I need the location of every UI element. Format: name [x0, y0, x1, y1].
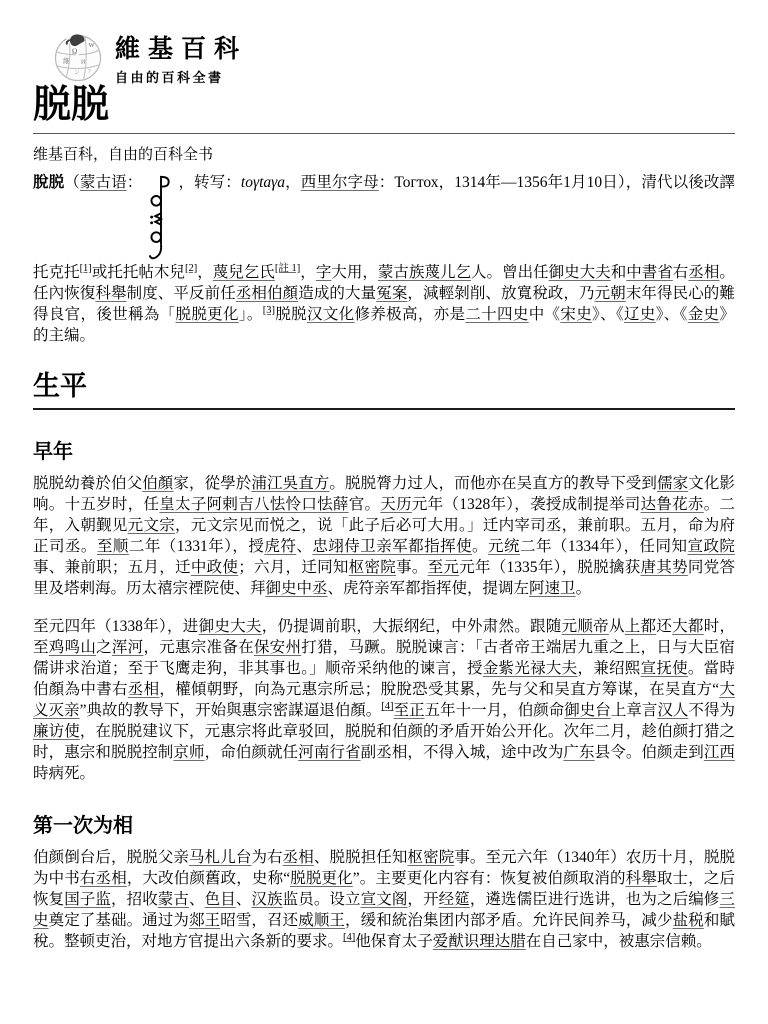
- wiki-link[interactable]: 宋史: [560, 306, 592, 323]
- reference-link[interactable]: [4]: [381, 701, 393, 712]
- wiki-link[interactable]: 御史大夫: [549, 264, 611, 281]
- reference-link[interactable]: [註 1]: [275, 263, 300, 274]
- paragraph-zaonian-p1: 脱脱幼養於伯父伯顏家，從學於浦江吳直方。脱脱膂力过人，而他亦在吴直方的教导下受到…: [33, 473, 735, 599]
- subsection-heading-diyici-weixiang: 第一次为相: [33, 814, 735, 838]
- reference-link[interactable]: [1]: [80, 263, 92, 274]
- body-text: 和: [611, 264, 627, 281]
- body-text: 脱脱幼養於伯父: [33, 475, 142, 492]
- body-text: 事。: [396, 559, 428, 576]
- wiki-link[interactable]: 儒家: [657, 475, 688, 492]
- reference-link[interactable]: [3]: [263, 305, 275, 316]
- body-text: ，: [285, 174, 301, 191]
- body-text: 、: [189, 891, 205, 908]
- reference-marker: [2]: [185, 263, 197, 274]
- wiki-link[interactable]: 上都: [625, 618, 657, 635]
- body-text: 为右: [251, 849, 282, 866]
- wiki-link[interactable]: 蒙古语: [80, 174, 127, 191]
- wiki-link[interactable]: 金史: [688, 306, 720, 323]
- reference-link[interactable]: [4]: [343, 932, 355, 943]
- body-text: ，转写：: [178, 174, 241, 191]
- wiki-link[interactable]: 辽史: [624, 306, 656, 323]
- reference-link[interactable]: [2]: [185, 263, 197, 274]
- wiki-link[interactable]: 吳直方: [283, 475, 330, 492]
- wiki-link[interactable]: 二十四史: [465, 306, 528, 323]
- wiki-link[interactable]: 伯顏: [142, 475, 173, 492]
- wiki-link[interactable]: 汉族: [251, 891, 282, 908]
- wiki-link[interactable]: 怯怜口: [270, 496, 317, 513]
- page: Ω W 維 И ン 7 維基百科 自由的百科全書 脱脱 维基百科，自由的百科全书…: [0, 0, 768, 1024]
- wiki-link[interactable]: 御史大夫: [199, 618, 262, 635]
- body-text: 家，從學於: [173, 475, 251, 492]
- wiki-link[interactable]: 国子监: [64, 891, 111, 908]
- body-text: 二年（1331年），授: [129, 538, 265, 555]
- body-text: 不得为: [688, 702, 735, 719]
- reference-marker: [1]: [80, 263, 92, 274]
- wiki-link[interactable]: 金紫光禄大夫: [483, 660, 578, 677]
- svg-text:7: 7: [88, 69, 91, 75]
- body-text: ，大改伯颜舊政，史称“: [127, 870, 290, 887]
- wiki-link[interactable]: 忠翊侍卫亲军都指挥使: [312, 538, 472, 555]
- wiki-link[interactable]: 元顺帝: [562, 618, 609, 635]
- wiki-link[interactable]: 鸡鸣山: [49, 639, 96, 656]
- body-text: 中《: [529, 306, 561, 323]
- body-text: 」。: [239, 306, 263, 323]
- body-text: 至元四年（1338年），进: [33, 618, 199, 635]
- wiki-link[interactable]: 至正: [394, 702, 425, 719]
- wiki-link[interactable]: 虎符: [264, 538, 296, 555]
- wiki-link[interactable]: 科舉: [95, 285, 126, 302]
- wiki-link[interactable]: 元统: [488, 538, 520, 555]
- body-text: 、虎符亲军都指挥使，提调左: [328, 580, 530, 597]
- body-text: 修养极高，亦是: [355, 306, 466, 323]
- wiki-link[interactable]: 威顺王: [298, 912, 345, 929]
- body-text: 事、兼前职；五月，迁: [33, 559, 191, 576]
- wiki-link[interactable]: 唐其势: [641, 559, 688, 576]
- body-text: 》、《: [656, 306, 688, 323]
- body-text: 副丞相，不得入城，途中改为: [361, 744, 564, 761]
- body-text: 脱脱: [275, 306, 307, 323]
- wiki-link[interactable]: 丞相: [688, 264, 719, 281]
- wiki-link[interactable]: 蒙古: [158, 891, 189, 908]
- body-text: 昭雪，召还: [220, 912, 298, 929]
- wiki-link[interactable]: 丞相: [128, 681, 160, 698]
- wiki-link[interactable]: 阿速卫: [529, 580, 576, 597]
- wiki-link[interactable]: 蒙古族: [378, 264, 425, 281]
- wiki-link[interactable]: 中書省: [626, 264, 673, 281]
- paragraph-zaonian-p2: 至元四年（1338年），进御史大夫，仍提调前职，大振纲纪，中外肃然。跟随元顺帝从…: [33, 616, 735, 784]
- body-text: 从: [609, 618, 625, 635]
- wiki-link[interactable]: 盐税: [673, 912, 704, 929]
- wiki-link[interactable]: 汉人: [657, 702, 688, 719]
- wiki-link[interactable]: 郯王: [189, 912, 220, 929]
- reference-marker: [4]: [343, 932, 355, 943]
- wiki-link[interactable]: 保安州: [254, 639, 301, 656]
- wiki-link[interactable]: 大都: [672, 618, 704, 635]
- wiki-link[interactable]: 怯薛: [317, 496, 349, 513]
- wiki-link[interactable]: 至元: [428, 559, 460, 576]
- wiki-link[interactable]: 京师: [173, 744, 204, 761]
- site-wordmark: 維基百科: [115, 37, 247, 62]
- wiki-link[interactable]: 河南行省: [298, 744, 360, 761]
- wiki-link[interactable]: 廉访使: [33, 723, 80, 740]
- wiki-link[interactable]: 浑河: [112, 639, 144, 656]
- paragraph-weixiang-p1: 伯颜倒台后，脱脱父亲马札儿台为右丞相、脱脱担任知枢密院事。至元六年（1340年）…: [33, 847, 735, 952]
- body-text: 奠定了基础。通过为: [49, 912, 189, 929]
- wiki-link[interactable]: 蔑儿乞: [424, 264, 471, 281]
- svg-text:И: И: [81, 60, 86, 66]
- body-text: 在自己家中，被惠宗信赖。: [526, 933, 712, 950]
- body-text: ，兼绍熙: [577, 660, 640, 677]
- transliteration-text: toγtaγa: [241, 174, 285, 191]
- body-text: ”典故的教导下，开始與惠宗密謀逼退伯顏。: [80, 702, 382, 719]
- wiki-link[interactable]: 经筵: [439, 891, 470, 908]
- wiki-link[interactable]: 色目: [205, 891, 236, 908]
- body-text: 》、《: [592, 306, 624, 323]
- svg-text:Ω: Ω: [72, 48, 77, 56]
- wiki-link[interactable]: 广东: [563, 744, 594, 761]
- wiki-link[interactable]: 江西: [704, 744, 735, 761]
- body-text: 监员。设立: [283, 891, 361, 908]
- body-text: ，減輕剝削、放寬稅政，乃: [407, 285, 594, 302]
- svg-text:W: W: [89, 42, 96, 49]
- body-text: 伯颜倒台后，脱脱父亲: [33, 849, 189, 866]
- wiki-link[interactable]: 马札儿台: [189, 849, 251, 866]
- body-text: 他保育太子: [355, 933, 433, 950]
- body-text: 、脱脱担任知: [314, 849, 408, 866]
- article-subject-bold: 脫脱: [33, 174, 64, 191]
- body-text: 上章言: [611, 702, 658, 719]
- body-text: ，元惠宗准备在: [143, 639, 253, 656]
- reference-marker: [註 1]: [275, 263, 300, 274]
- wiki-link[interactable]: 中政使: [191, 559, 238, 576]
- paragraph-intro: 脫脱（蒙古语： ，转写：toγtaγa，西里尔字母：Тогтох，1314年—1…: [33, 172, 735, 346]
- wiki-link[interactable]: 爱猷识理达腊: [433, 933, 526, 950]
- wiki-link[interactable]: 元文宗: [128, 517, 175, 534]
- body-text: ，: [197, 264, 213, 281]
- wiki-link[interactable]: 西里尔字母: [301, 174, 379, 191]
- wiki-link[interactable]: 宣政院: [687, 538, 734, 555]
- site-tagline: 自由的百科全書: [115, 67, 247, 86]
- mongolian-script-icon: [149, 174, 173, 262]
- body-text: 人。曾出任: [471, 264, 549, 281]
- wiki-link[interactable]: 元朝: [595, 285, 626, 302]
- wiki-link[interactable]: 宣抚使: [641, 660, 688, 677]
- body-text: 、: [236, 891, 252, 908]
- body-text: 大用，: [331, 264, 378, 281]
- wiki-link[interactable]: 字: [316, 264, 332, 281]
- wiki-link[interactable]: 丞相: [236, 285, 267, 302]
- body-text: 官。: [349, 496, 381, 513]
- body-text: 、: [296, 538, 312, 555]
- body-text: 或托托帖木兒: [92, 264, 185, 281]
- wiki-link[interactable]: 皇太子: [159, 496, 206, 513]
- section-heading-shengping: 生平: [33, 371, 735, 410]
- body-text: 元年（1328年），袭授成制提举司: [412, 496, 641, 513]
- wiki-link[interactable]: 御史台: [564, 702, 611, 719]
- body-text: ，仍提调前职，大振纲纪，中外肃然。跟随: [262, 618, 562, 635]
- body-text: ，招收: [111, 891, 158, 908]
- site-brand-text: 維基百科 自由的百科全書: [115, 30, 247, 86]
- wiki-link[interactable]: 伯顏: [267, 285, 298, 302]
- body-text: （: [64, 174, 80, 191]
- wiki-link[interactable]: 蔑兒乞氏: [213, 264, 275, 281]
- article-body: 脫脱（蒙古语： ，转写：toγtaγa，西里尔字母：Тогтох，1314年—1…: [0, 172, 768, 952]
- wiki-link[interactable]: 至顺: [97, 538, 129, 555]
- subsection-heading-zaonian: 早年: [33, 440, 735, 464]
- wiki-link[interactable]: 右丞相: [80, 870, 127, 887]
- body-text: ，遴选儒臣进行选讲，也为之后编修: [470, 891, 720, 908]
- wiki-link[interactable]: 阿剌吉八: [207, 496, 270, 513]
- body-text: 。: [472, 538, 488, 555]
- reference-marker: [3]: [263, 305, 275, 316]
- body-text: 县令。伯颜走到: [595, 744, 704, 761]
- wiki-link[interactable]: 枢密院: [349, 559, 396, 576]
- body-text: 元年（1335年），脱脱擒获: [459, 559, 640, 576]
- body-text: ：: [127, 174, 143, 191]
- body-text: ，權傾朝野，向為元惠宗所忌；脫脫恐受其累，先与父和吴直方筹谋，在吴直方“: [159, 681, 719, 698]
- wiki-link[interactable]: 天历: [380, 496, 412, 513]
- wiki-link[interactable]: 达鲁花赤: [641, 496, 704, 513]
- body-text: 。脱脱膂力过人，而他亦在吴直方的教导下受到: [329, 475, 657, 492]
- body-text: ，缓和統治集团内部矛盾。允许民间养马，减少: [345, 912, 673, 929]
- body-text: 。: [576, 580, 592, 597]
- site-masthead: Ω W 維 И ン 7 維基百科 自由的百科全書: [52, 30, 735, 86]
- wiki-link[interactable]: 浦江: [251, 475, 282, 492]
- body-text: 時病死。: [33, 765, 95, 782]
- body-text: 还: [656, 618, 672, 635]
- body-text: ；六月，迁同知: [238, 559, 348, 576]
- title-divider: [33, 133, 735, 134]
- body-text: 右: [673, 264, 689, 281]
- body-text: ，命伯颜就任: [205, 744, 299, 761]
- site-subtitle: 维基百科，自由的百科全书: [0, 143, 768, 164]
- svg-text:維: 維: [63, 56, 70, 65]
- page-title: 脱脱: [0, 86, 768, 126]
- wiki-link[interactable]: 御史中丞: [266, 580, 328, 597]
- wiki-link[interactable]: 枢密院: [408, 849, 455, 866]
- reference-marker: [4]: [381, 701, 393, 712]
- body-text: 五年十一月，伯颜命: [425, 702, 565, 719]
- body-text: ，: [300, 264, 316, 281]
- body-text: ，开: [407, 891, 438, 908]
- svg-text:ン: ン: [74, 69, 80, 76]
- body-text: 二年（1334年），任同知: [520, 538, 687, 555]
- body-text: 之: [96, 639, 112, 656]
- wikipedia-logo-icon: Ω W 維 И ン 7: [52, 30, 104, 82]
- wiki-link[interactable]: 脱脱更化: [176, 306, 239, 323]
- wiki-link[interactable]: 汉文化: [307, 306, 355, 323]
- body-text: 制度、平反前任: [127, 285, 236, 302]
- body-text: ”。主要更化内容有：恢复被伯颜取消的: [353, 870, 626, 887]
- wiki-link[interactable]: 丞相: [283, 849, 314, 866]
- wiki-link[interactable]: 冤案: [376, 285, 407, 302]
- wiki-link[interactable]: 宣文阁: [361, 891, 408, 908]
- body-text: 造成的大量: [298, 285, 376, 302]
- wiki-link[interactable]: 脱脱更化: [290, 870, 353, 887]
- wiki-link[interactable]: 科舉: [626, 870, 657, 887]
